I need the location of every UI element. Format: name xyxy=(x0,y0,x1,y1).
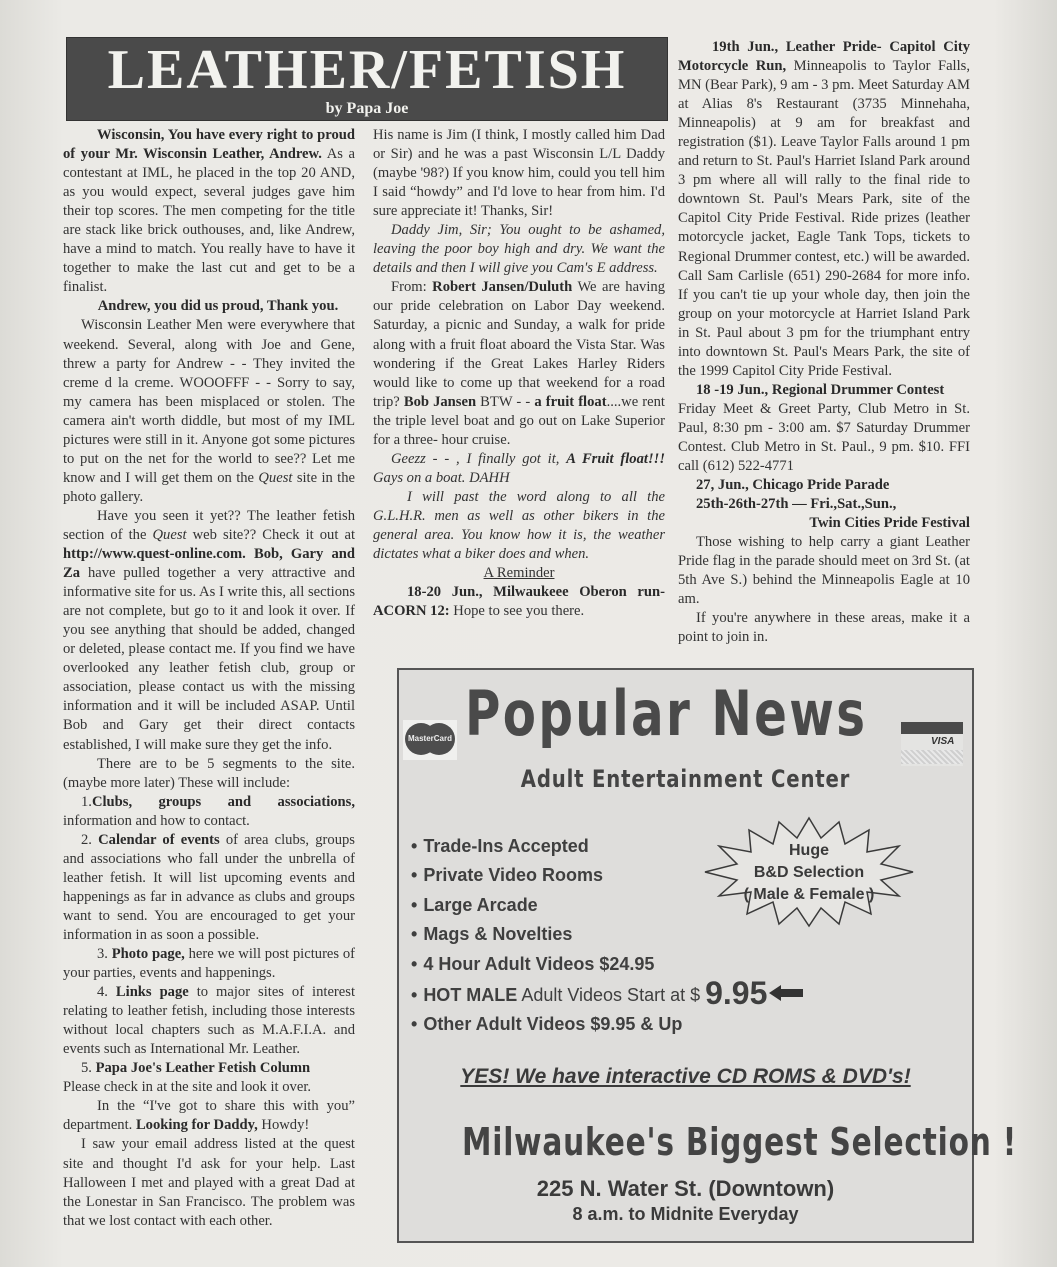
paragraph-italic: I will past the word along to all the G.… xyxy=(373,488,665,564)
arrow-left-icon xyxy=(769,987,803,999)
bullet-icon: • xyxy=(411,895,417,915)
bullet-icon: • xyxy=(411,836,417,856)
paragraph: There are to be 5 segments to the site. … xyxy=(63,755,355,793)
visa-icon: VISA xyxy=(901,722,963,766)
article-column-2: His name is Jim (I think, I mostly calle… xyxy=(373,126,665,621)
ad-address: 225 N. Water St. (Downtown) xyxy=(399,1176,972,1202)
segment-item: 4. Links page to major sites of interest… xyxy=(63,983,355,1059)
event-title: Twin Cities Pride Festival xyxy=(678,514,970,533)
masthead-banner: LEATHER/FETISH by Papa Joe xyxy=(66,37,668,121)
bullet-icon: • xyxy=(411,1014,417,1034)
segment-item: 2. Calendar of events of area clubs, gro… xyxy=(63,831,355,945)
ad-hours: 8 a.m. to Midnite Everyday xyxy=(399,1204,972,1225)
closing-paragraph: If you're anywhere in these areas, make … xyxy=(678,609,970,647)
paragraph: In the “I've got to share this with you”… xyxy=(63,1097,355,1135)
reminder-event: 18-20 Jun., Milwaukeee Oberon run-ACORN … xyxy=(373,583,665,621)
ad-headline: Milwaukee's Biggest Selection ! xyxy=(462,1120,909,1164)
paragraph: Have you seen it yet?? The leather fetis… xyxy=(63,507,355,755)
segment-item: 5. Papa Joe's Leather Fetish Column xyxy=(63,1059,355,1078)
ad-call-to-action: YES! We have interactive CD ROMS & DVD's… xyxy=(399,1065,972,1089)
ad-feature-item-hot: •HOT MALE Adult Videos Start at $ 9.95 xyxy=(411,979,803,1010)
paragraph: Wisconsin, You have every right to proud… xyxy=(63,126,355,297)
article-column-1: Wisconsin, You have every right to proud… xyxy=(63,126,355,1231)
bullet-icon: • xyxy=(411,924,417,944)
byline: by Papa Joe xyxy=(67,100,667,118)
event-title: 27, Jun., Chicago Pride Parade xyxy=(678,476,970,495)
paragraph-bold: Andrew, you did us proud, Thank you. xyxy=(63,297,355,316)
ad-subtitle: Adult Entertainment Center xyxy=(451,765,921,793)
event-title: 25th-26th-27th — Fri.,Sat.,Sun., xyxy=(678,495,970,514)
bullet-icon: • xyxy=(411,985,417,1005)
advertisement-popular-news: MasterCard Popular News VISA Adult Enter… xyxy=(397,668,974,1243)
article-column-3: 19th Jun., Leather Pride- Capitol City M… xyxy=(678,10,970,648)
paragraph-italic: Daddy Jim, Sir; You ought to be ashamed,… xyxy=(373,221,665,278)
event-item: 19th Jun., Leather Pride- Capitol City M… xyxy=(678,38,970,381)
event-details: Friday Meet & Greet Party, Club Metro in… xyxy=(678,400,970,476)
bullet-icon: • xyxy=(411,954,417,974)
spacer xyxy=(678,10,970,38)
reminder-heading: A Reminder xyxy=(373,564,665,583)
bullet-icon: • xyxy=(411,865,417,885)
segment-item: 1.Clubs, groups and associations, inform… xyxy=(63,793,355,831)
paragraph: Please check in at the site and look it … xyxy=(63,1078,355,1097)
paragraph: His name is Jim (I think, I mostly calle… xyxy=(373,126,665,221)
starburst-text: Huge B&D Selection ( Male & Female ) xyxy=(699,840,919,906)
price: 9.95 xyxy=(705,975,767,1011)
segment-item: 3. Photo page, here we will post picture… xyxy=(63,945,355,983)
ad-feature-item: •Other Adult Videos $9.95 & Up xyxy=(411,1010,803,1039)
column-title: LEATHER/FETISH xyxy=(67,40,667,100)
paragraph: Wisconsin Leather Men were everywhere th… xyxy=(63,316,355,506)
event-details: Those wishing to help carry a giant Leat… xyxy=(678,533,970,609)
event-title: 18 -19 Jun., Regional Drummer Contest xyxy=(678,381,970,400)
paragraph: I saw your email address listed at the q… xyxy=(63,1135,355,1230)
mastercard-icon: MasterCard xyxy=(403,720,457,760)
paragraph: From: Robert Jansen/Duluth We are having… xyxy=(373,278,665,449)
ad-title: Popular News xyxy=(465,674,800,754)
paragraph-italic: Geezz - - , I finally got it, A Fruit fl… xyxy=(373,450,665,488)
